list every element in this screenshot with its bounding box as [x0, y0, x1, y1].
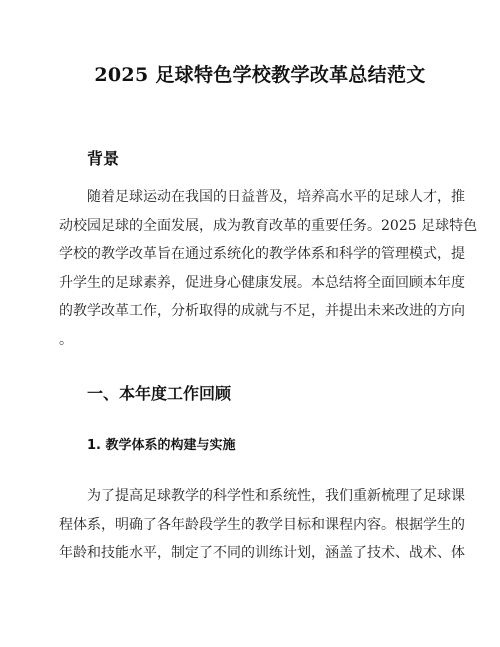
- paragraph-line: 升学生的足球素养，促进身心健康发展。本总结将全面回顾本年度: [59, 269, 442, 298]
- subsection-heading-teaching-system: 1. 教学体系的构建与实施: [87, 434, 236, 453]
- paragraph-line: 为了提高足球教学的科学性和系统性，我们重新梳理了足球课: [59, 482, 442, 511]
- paragraph-line: 年龄和技能水平，制定了不同的训练计划，涵盖了技术、战术、体: [59, 539, 442, 568]
- document-title: 2025 足球特色学校教学改革总结范文: [0, 60, 500, 87]
- teaching-system-paragraph: 为了提高足球教学的科学性和系统性，我们重新梳理了足球课 程体系，明确了各年龄段学…: [59, 482, 442, 568]
- paragraph-line: 的教学改革工作，分析取得的成就与不足，并提出未来改进的方向: [59, 297, 442, 326]
- document-page: 2025 足球特色学校教学改革总结范文 背景 随着足球运动在我国的日益普及，培养…: [0, 0, 500, 647]
- paragraph-line: 程体系，明确了各年龄段学生的教学目标和课程内容。根据学生的: [59, 511, 442, 540]
- paragraph-line: 动校园足球的全面发展，成为教育改革的重要任务。2025 足球特色: [59, 212, 442, 241]
- paragraph-line: 随着足球运动在我国的日益普及，培养高水平的足球人才，推: [59, 183, 442, 212]
- paragraph-line: 。: [59, 326, 442, 355]
- section-heading-background: 背景: [87, 146, 119, 169]
- background-paragraph: 随着足球运动在我国的日益普及，培养高水平的足球人才，推 动校园足球的全面发展，成…: [59, 183, 442, 355]
- paragraph-line: 学校的教学改革旨在通过系统化的教学体系和科学的管理模式，提: [59, 240, 442, 269]
- section-heading-annual-review: 一、本年度工作回顾: [87, 381, 231, 404]
